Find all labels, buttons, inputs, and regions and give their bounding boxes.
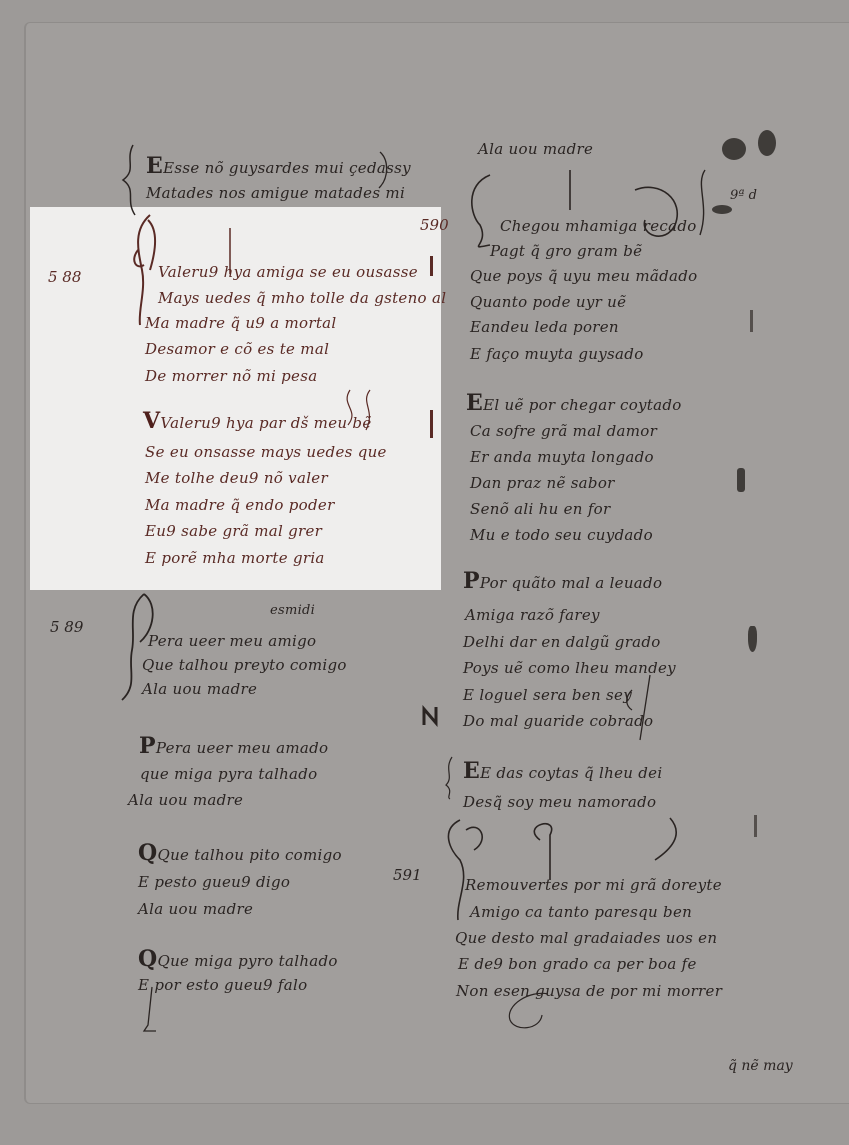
text-line: EEsse nõ guysardes mui çedassy [146, 155, 411, 177]
initial-capital: Q [138, 840, 157, 866]
ink-blot [722, 138, 746, 160]
text-line: E pesto gueu9 digo [138, 873, 290, 891]
poem-number: 590 [420, 216, 449, 234]
text-line: Mays uedes q̃ mho tolle da gsteno al [158, 289, 446, 307]
text-line: QQue talhou pito comigo [138, 842, 342, 864]
text-line: Senõ ali hu en for [470, 500, 610, 518]
text-line: Chegou mhamiga recado [500, 217, 697, 235]
ink-blot [758, 130, 776, 156]
initial-capital: P [139, 733, 156, 759]
bleed-through-mark [750, 310, 753, 332]
text-line: Matades nos amigue matades mi [146, 184, 405, 202]
text-line: Pagt q̃ gro gram bẽ [490, 242, 642, 260]
text-line: Pera ueer meu amigo [148, 632, 316, 650]
text-line: Ala uou madre [128, 791, 243, 809]
text-line: E por esto gueu9 falo [138, 976, 307, 994]
text-line: Valeru9 hya amiga se eu ousasse [158, 263, 418, 281]
text-line: EEl uẽ por chegar coytado [466, 392, 682, 414]
text-line: E de9 bon grado ca per boa fe [458, 955, 697, 973]
text-line: E porẽ mha morte gria [145, 549, 325, 567]
text-line: Dan praz nẽ sabor [470, 474, 615, 492]
poem-number: 591 [393, 866, 422, 884]
text-line: Ma madre q̃ u9 a mortal [145, 314, 337, 332]
text-line: Desamor e cõ es te mal [145, 340, 329, 358]
text-line: EE das coytas q̃ lheu dei [463, 760, 662, 782]
bleed-through-mark [430, 410, 433, 438]
text-line: Poys uẽ como lheu mandey [463, 659, 676, 677]
text-line: E loguel sera ben sey [463, 686, 632, 704]
text-line: Ala uou madre [142, 680, 257, 698]
initial-capital: E [466, 390, 483, 416]
margin-note: 9ª d [730, 188, 757, 203]
text-line: Se eu onsasse mays uedes que [145, 443, 387, 461]
text-line: Quanto pode uyr uẽ [470, 293, 626, 311]
text-line: PPera ueer meu amado [139, 735, 328, 757]
poem-number: 5 89 [50, 618, 83, 636]
margin-note: q̃ nẽ may [728, 1058, 793, 1074]
text-line: VValeru9 hya par dš meu bẽ [143, 410, 372, 432]
text-line: Desq̃ soy meu namorado [463, 793, 656, 811]
ink-blot [748, 626, 757, 652]
text-line: Que talhou preyto comigo [142, 656, 347, 674]
text-line: QQue miga pyro talhado [138, 948, 338, 970]
ink-blot [712, 205, 732, 214]
text-line: Que poys q̃ uyu meu mãdado [470, 267, 697, 285]
text-line: Non esen guysa de por mi morrer [456, 982, 722, 1000]
initial-capital: P [463, 568, 480, 594]
rubric-header: esmidi [270, 603, 315, 618]
bleed-through-mark [430, 256, 433, 276]
text-line: Ma madre q̃ endo poder [145, 496, 335, 514]
text-line: E faço muyta guysado [470, 345, 644, 363]
text-line: Mu e todo seu cuydado [470, 526, 653, 544]
text-line: Er anda muyta longado [470, 448, 654, 466]
text-line: De morrer nõ mi pesa [145, 367, 317, 385]
initial-capital: V [143, 408, 160, 434]
text-line: Eu9 sabe grã mal grer [145, 522, 322, 540]
text-line: Remouvertes por mi grã doreyte [465, 876, 722, 894]
text-line: Me tolhe deu9 nõ valer [145, 469, 328, 487]
text-line: Ala uou madre [138, 900, 253, 918]
text-line: Delhi dar en dalgũ grado [463, 633, 661, 651]
text-line: Que desto mal gradaiades uos en [455, 929, 717, 947]
text-line: Do mal guaride cobrado [463, 712, 653, 730]
text-line: Ala uou madre [478, 140, 593, 158]
initial-capital: E [463, 758, 480, 784]
initial-capital: E [146, 153, 163, 179]
text-line: Amigo ca tanto paresqu ben [470, 903, 692, 921]
poem-number: 5 88 [48, 268, 81, 286]
text-line: Ca sofre grã mal damor [470, 422, 657, 440]
text-line: Eandeu leda poren [470, 318, 619, 336]
text-line: que miga pyra talhado [140, 765, 318, 783]
initial-capital: Q [138, 946, 157, 972]
text-line: Amiga razõ farey [465, 606, 600, 624]
ink-blot [737, 468, 745, 492]
bleed-through-mark [754, 815, 757, 837]
text-line: PPor quãto mal a leuado [463, 570, 662, 592]
